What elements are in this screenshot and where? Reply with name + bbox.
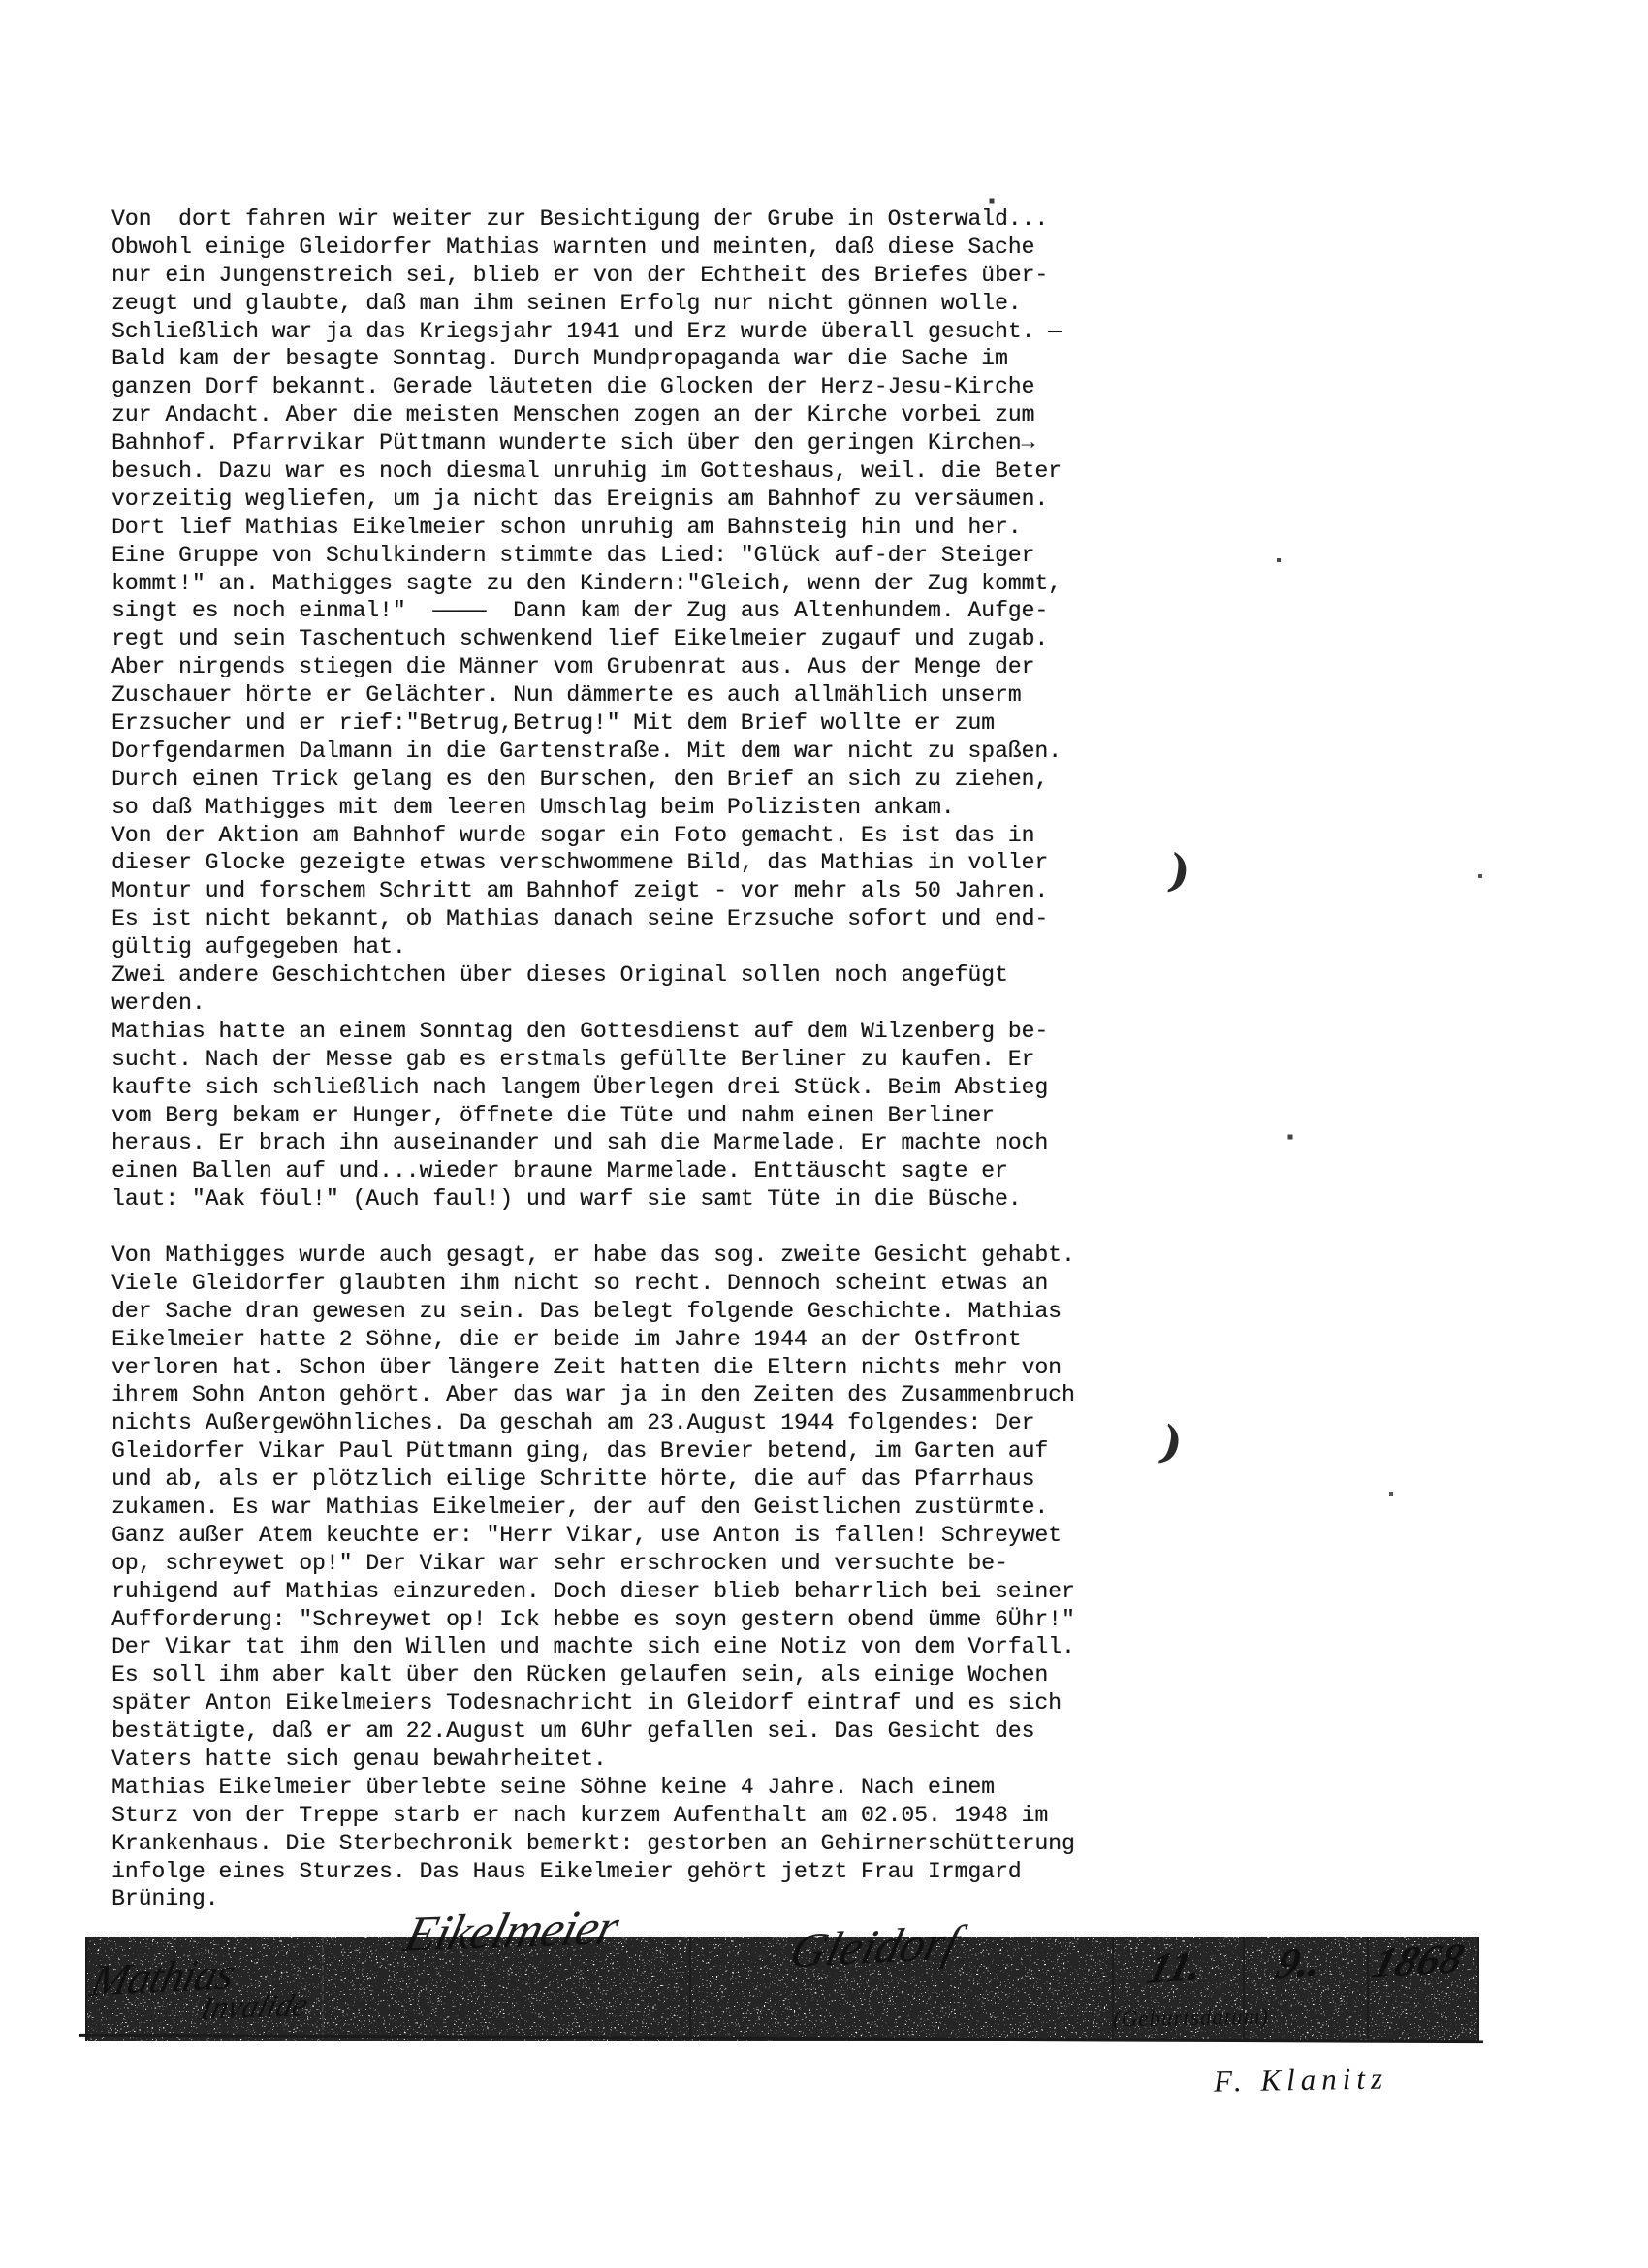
typewritten-line: Zwei andere Geschichtchen über dieses Or… (111, 961, 1527, 990)
typewritten-line: und ab, als er plötzlich eilige Schritte… (111, 1465, 1527, 1494)
typewritten-line: Dort lief Mathias Eikelmeier schon unruh… (111, 514, 1527, 542)
handwritten-date-year: 1868 (1367, 1934, 1470, 1989)
typewritten-line: Bald kam der besagte Sonntag. Durch Mund… (111, 345, 1527, 373)
clerk-signature: F. Klanitz (1214, 2061, 1389, 2098)
typewritten-line: laut: "Aak föul!" (Auch faul!) und warf … (111, 1185, 1527, 1213)
typewritten-line: vom Berg bekam er Hunger, öffnete die Tü… (111, 1102, 1527, 1130)
typewritten-line: Vaters hatte sich genau bewahrheitet. (111, 1746, 1527, 1774)
typewritten-line: Zuschauer hörte er Gelächter. Nun dämmer… (111, 681, 1527, 709)
handwritten-status: Invalide (197, 1988, 311, 2028)
typewritten-line: Brüning. (111, 1885, 1527, 1913)
typewritten-line: verloren hat. Schon über längere Zeit ha… (111, 1354, 1527, 1382)
handwritten-place: Gleidorf (784, 1914, 966, 1979)
typewritten-line: ruhigend auf Mathias einzureden. Doch di… (111, 1578, 1527, 1606)
typewritten-line: Mathias Eikelmeier überlebte seine Söhne… (111, 1774, 1527, 1802)
typewritten-line: bestätigte, daß er am 22.August um 6Uhr … (111, 1717, 1527, 1746)
signature-register-row: Mathias Eikelmeier Invalide Gleidorf 11.… (85, 1937, 1479, 2041)
typewritten-line: Aufforderung: "Schreywet op! Ick hebbe e… (111, 1606, 1527, 1634)
typewritten-line: Von dort fahren wir weiter zur Besichtig… (111, 205, 1527, 234)
typewritten-line: Montur und forschem Schritt am Bahnhof z… (111, 877, 1527, 905)
typewritten-line: Sturz von der Treppe starb er nach kurze… (111, 1802, 1527, 1830)
table-divider-dashed (322, 1937, 324, 2039)
typewritten-line: später Anton Eikelmeiers Todesnachricht … (111, 1689, 1527, 1717)
scan-speck-artifacts (0, 0, 2, 2)
typewritten-line: zur Andacht. Aber die meisten Menschen z… (111, 401, 1527, 429)
typewritten-line: singt es noch einmal!" ———— Dann kam der… (111, 597, 1527, 625)
typewritten-line: zeugt und glaubte, daß man ihm seinen Er… (111, 290, 1527, 318)
handwritten-last-name: Eikelmeier (399, 1899, 624, 1963)
typewritten-line: besuch. Dazu war es noch diesmal unruhig… (111, 457, 1527, 486)
table-divider (689, 1937, 691, 2039)
handwritten-birthdate-note: (Geburtsdatum) (1113, 2004, 1269, 2032)
typewritten-line: werden. (111, 990, 1527, 1018)
typewritten-line: Es soll ihm aber kalt über den Rücken ge… (111, 1661, 1527, 1689)
typewritten-line: nichts Außergewöhnliches. Da geschah am … (111, 1409, 1527, 1437)
scanned-typewritten-page: { "page": { "background_color": "#ffffff… (0, 0, 1648, 2268)
typewritten-line: Eikelmeier hatte 2 Söhne, die er beide i… (111, 1326, 1527, 1354)
typewritten-line: vorzeitig wegliefen, um ja nicht das Ere… (111, 486, 1527, 514)
typewritten-line: ganzen Dorf bekannt. Gerade läuteten die… (111, 373, 1527, 401)
typewritten-line (111, 1213, 1527, 1242)
typewritten-line: ihrem Sohn Anton gehört. Aber das war ja… (111, 1381, 1527, 1409)
typewritten-line: Ganz außer Atem keuchte er: "Herr Vikar,… (111, 1522, 1527, 1550)
typewritten-line: gültig aufgegeben hat. (111, 933, 1527, 961)
typewritten-line: Durch einen Trick gelang es den Burschen… (111, 766, 1527, 794)
typewritten-line: dieser Glocke gezeigte etwas verschwomme… (111, 849, 1527, 877)
typewritten-line: Von der Aktion am Bahnhof wurde sogar ei… (111, 822, 1527, 850)
typewritten-line: regt und sein Taschentuch schwenkend lie… (111, 625, 1527, 653)
typewritten-line: einen Ballen auf und...wieder braune Mar… (111, 1157, 1527, 1185)
typewritten-line: Dorfgendarmen Dalmann in die Gartenstraß… (111, 738, 1527, 766)
typewritten-line: Der Vikar tat ihm den Willen und machte … (111, 1633, 1527, 1661)
typewritten-line: Mathias hatte an einem Sonntag den Gotte… (111, 1018, 1527, 1046)
typewritten-line: der Sache dran gewesen zu sein. Das bele… (111, 1298, 1527, 1326)
typewritten-line: Obwohl einige Gleidorfer Mathias warnten… (111, 234, 1527, 262)
typewritten-line: Eine Gruppe von Schulkindern stimmte das… (111, 542, 1527, 570)
table-divider (1367, 1937, 1369, 2039)
typewritten-line: op, schreywet op!" Der Vikar war sehr er… (111, 1550, 1527, 1578)
typewritten-line: Krankenhaus. Die Sterbechronik bemerkt: … (111, 1830, 1527, 1858)
typewritten-line: Von Mathigges wurde auch gesagt, er habe… (111, 1242, 1527, 1270)
typewritten-text-block: Von dort fahren wir weiter zur Besichtig… (111, 205, 1527, 1913)
typewritten-line: nur ein Jungenstreich sei, blieb er von … (111, 262, 1527, 290)
typewritten-line: sucht. Nach der Messe gab es erstmals ge… (111, 1046, 1527, 1074)
typewritten-line: infolge eines Sturzes. Das Haus Eikelmei… (111, 1858, 1527, 1886)
typewritten-line: Bahnhof. Pfarrvikar Püttmann wunderte si… (111, 429, 1527, 457)
typewritten-line: kaufte sich schließlich nach langem Über… (111, 1074, 1527, 1102)
typewritten-line: heraus. Er brach ihn auseinander und sah… (111, 1129, 1527, 1157)
typewritten-line: Schließlich war ja das Kriegsjahr 1941 u… (111, 318, 1527, 346)
typewritten-line: Es ist nicht bekannt, ob Mathias danach … (111, 905, 1527, 933)
typewritten-line: Gleidorfer Vikar Paul Püttmann ging, das… (111, 1437, 1527, 1465)
typewritten-line: zukamen. Es war Mathias Eikelmeier, der … (111, 1494, 1527, 1522)
typewritten-line: Viele Gleidorfer glaubten ihm nicht so r… (111, 1270, 1527, 1298)
typewritten-line: Aber nirgends stiegen die Männer vom Gru… (111, 653, 1527, 681)
typewritten-line: kommt!" an. Mathigges sagte zu den Kinde… (111, 570, 1527, 598)
typewritten-line: so daß Mathigges mit dem leeren Umschlag… (111, 794, 1527, 822)
typewritten-line: Erzsucher und er rief:"Betrug,Betrug!" M… (111, 709, 1527, 738)
